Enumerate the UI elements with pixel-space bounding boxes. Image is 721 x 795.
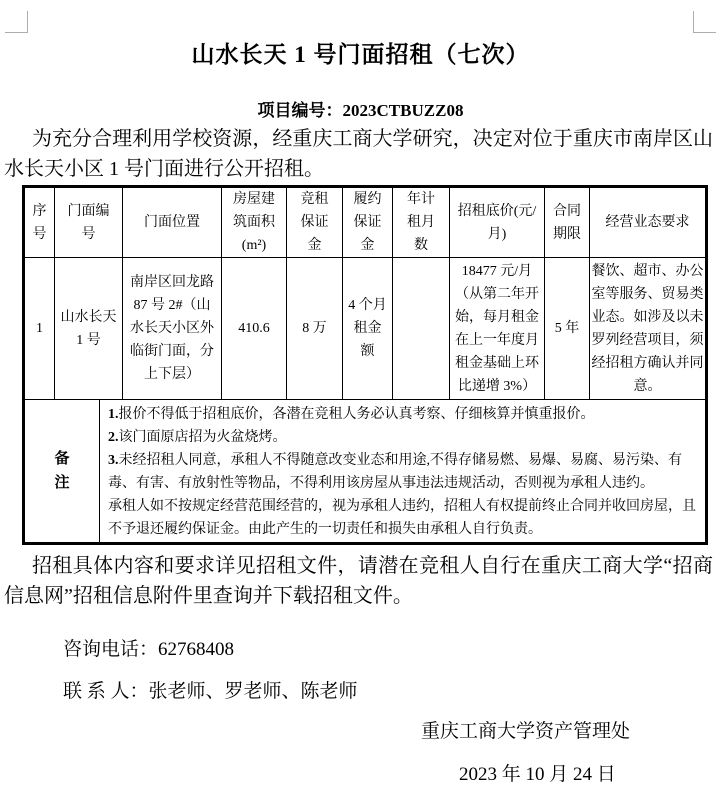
remark-line: 2.该门面原店招为火盆烧烤。 bbox=[108, 426, 703, 449]
header-shop-no: 门面编号 bbox=[55, 188, 123, 257]
project-number-label: 项目编号： bbox=[258, 101, 343, 120]
page-margin-mark-top-left-v bbox=[27, 11, 28, 33]
remark-label: 备注 bbox=[54, 447, 71, 495]
page-margin-mark-top-right-h bbox=[693, 32, 716, 33]
header-building-area: 房屋建筑面积(m²) bbox=[222, 188, 287, 257]
rental-table: 序号 门面编号 门面位置 房屋建筑面积(m²) 竞租保证金 履约保证金 年计租月… bbox=[22, 185, 708, 545]
department-signature: 重庆工商大学资产管理处 bbox=[421, 716, 630, 743]
intro-paragraph: 为充分合理利用学校资源，经重庆工商大学研究，决定对位于重庆市南岸区山水长天小区 … bbox=[4, 124, 713, 184]
cell-contract-term: 5 年 bbox=[545, 258, 590, 399]
contact-names: 张老师、罗老师、陈老师 bbox=[149, 681, 358, 702]
page-margin-mark-top-left-h bbox=[5, 32, 28, 33]
header-seq-no: 序号 bbox=[25, 188, 55, 257]
header-base-price: 招租底价(元/月) bbox=[450, 188, 545, 257]
contact-label: 联 系 人： bbox=[63, 681, 149, 702]
table-remark-row: 备注 1.报价不得低于招租底价，各潜在竞租人务必认真考察、仔细核算并慎重报价。 … bbox=[25, 400, 705, 542]
cell-business-requirement: 餐饮、超市、办公室等服务、贸易类业态。如涉及以未罗列经营项目，须经招租方确认并同… bbox=[590, 258, 705, 399]
phone-line: 咨询电话：62768408 bbox=[63, 634, 234, 661]
header-location: 门面位置 bbox=[123, 188, 222, 257]
cell-seq-no: 1 bbox=[25, 258, 55, 399]
cell-base-price: 18477 元/月（从第二年开始，每月租金在上一年度月租金基础上环比递增 3%） bbox=[450, 258, 545, 399]
remark-line-text: 承租人如不按规定经营范围经营的，视为承租人违约，招租人有权提前终止合同并收回房屋… bbox=[108, 499, 696, 537]
document-page: 山水长天 1 号门面招租（七次） 项目编号：2023CTBUZZ08 为充分合理… bbox=[0, 0, 721, 795]
header-rental-months: 年计租月数 bbox=[393, 188, 450, 257]
remark-line-number: 3. bbox=[108, 453, 119, 468]
project-number-value: 2023CTBUZZ08 bbox=[343, 101, 464, 120]
remark-line-text: 该门面原店招为火盆烧烤。 bbox=[119, 430, 287, 445]
header-business-requirement: 经营业态要求 bbox=[590, 188, 705, 257]
header-performance-deposit: 履约保证金 bbox=[343, 188, 393, 257]
page-margin-mark-top-right-v bbox=[693, 11, 694, 33]
cell-building-area: 410.6 bbox=[222, 258, 287, 399]
remark-line: 3.未经招租人同意，承租人不得随意改变业态和用途,不得存储易燃、易爆、易腐、易污… bbox=[108, 449, 703, 495]
remark-line: 1.报价不得低于招租底价，各潜在竞租人务必认真考察、仔细核算并慎重报价。 bbox=[108, 403, 703, 426]
date-line: 2023 年 10 月 24 日 bbox=[459, 759, 616, 786]
remark-line-text: 报价不得低于招租底价，各潜在竞租人务必认真考察、仔细核算并慎重报价。 bbox=[119, 407, 595, 422]
cell-bid-deposit: 8 万 bbox=[287, 258, 343, 399]
project-number-line: 项目编号：2023CTBUZZ08 bbox=[0, 96, 721, 121]
cell-location: 南岸区回龙路 87 号 2#（山水长天小区外临街门面，分上下层） bbox=[123, 258, 222, 399]
phone-label: 咨询电话： bbox=[63, 639, 158, 660]
cell-rental-months bbox=[393, 258, 450, 399]
remark-line-number: 2. bbox=[108, 430, 119, 445]
remark-text-cell: 1.报价不得低于招租底价，各潜在竞租人务必认真考察、仔细核算并慎重报价。 2.该… bbox=[100, 400, 705, 542]
remark-line: 承租人如不按规定经营范围经营的，视为承租人违约，招租人有权提前终止合同并收回房屋… bbox=[108, 495, 703, 541]
phone-number: 62768408 bbox=[158, 639, 234, 660]
remark-line-number: 1. bbox=[108, 407, 119, 422]
header-contract-term: 合同期限 bbox=[545, 188, 590, 257]
contact-line: 联 系 人：张老师、罗老师、陈老师 bbox=[63, 676, 358, 703]
table-data-row: 1 山水长天 1 号 南岸区回龙路 87 号 2#（山水长天小区外临街门面，分上… bbox=[25, 258, 705, 400]
cell-performance-deposit: 4 个月租金额 bbox=[343, 258, 393, 399]
remark-line-text: 未经招租人同意，承租人不得随意改变业态和用途,不得存储易燃、易爆、易腐、易污染、… bbox=[108, 453, 682, 491]
table-header-row: 序号 门面编号 门面位置 房屋建筑面积(m²) 竞租保证金 履约保证金 年计租月… bbox=[25, 188, 705, 258]
header-bid-deposit: 竞租保证金 bbox=[287, 188, 343, 257]
page-title: 山水长天 1 号门面招租（七次） bbox=[0, 36, 721, 69]
remark-label-cell: 备注 bbox=[25, 400, 100, 542]
cell-shop-no: 山水长天 1 号 bbox=[55, 258, 123, 399]
notice-paragraph: 招租具体内容和要求详见招租文件，请潜在竞租人自行在重庆工商大学“招商信息网”招租… bbox=[4, 551, 713, 611]
